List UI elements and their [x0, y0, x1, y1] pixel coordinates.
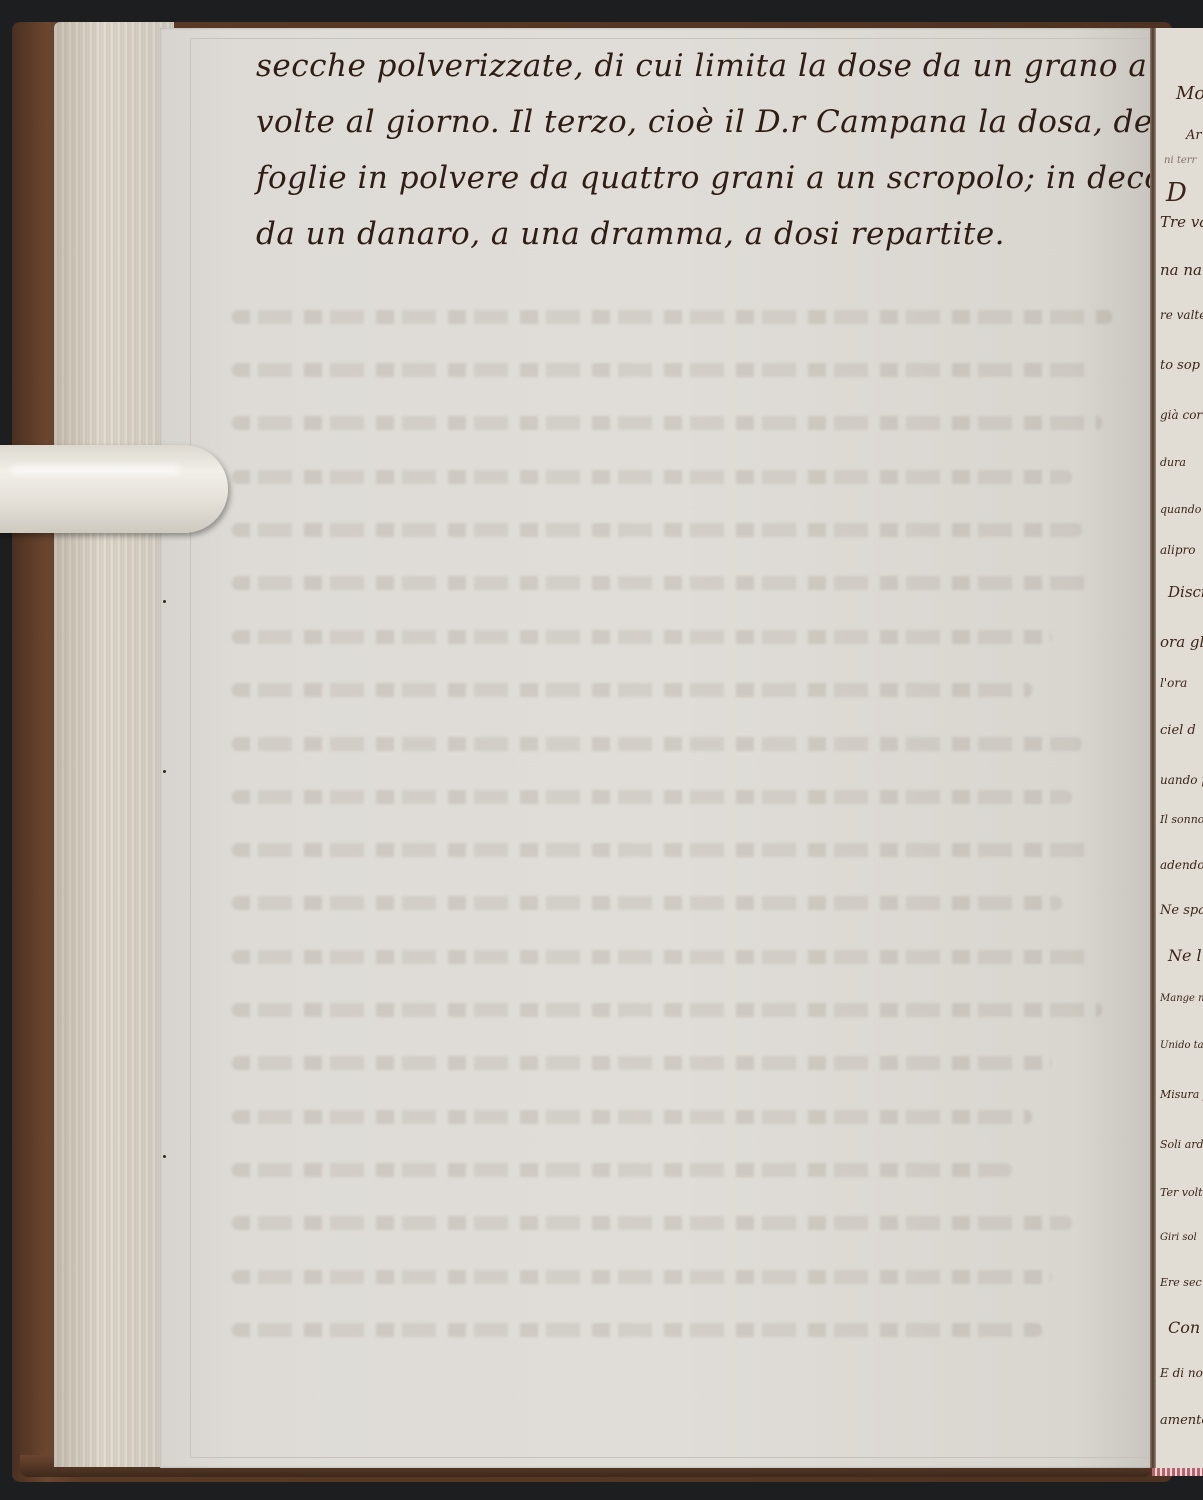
facing-line: Ne l [1168, 946, 1202, 965]
ghost-line [232, 737, 1082, 751]
facing-line: Soli ardor [1160, 1138, 1203, 1151]
facing-line: quando [1160, 503, 1201, 516]
ghost-line [232, 950, 1092, 964]
facing-line: D [1166, 178, 1187, 208]
facing-line: amente [1160, 1413, 1203, 1428]
speck [163, 600, 166, 603]
ghost-line [232, 1270, 1052, 1284]
facing-line: Mange ma [1160, 993, 1203, 1004]
facing-line: E di novo [1160, 1366, 1203, 1380]
ghost-line [232, 683, 1032, 697]
ghost-line [232, 1003, 1102, 1017]
facing-line: Giri sol [1160, 1232, 1197, 1243]
facing-line: già cor [1160, 408, 1202, 422]
facing-line: na nar [1160, 261, 1203, 279]
facing-line: ni terr [1164, 155, 1196, 166]
facing-line: Mo [1176, 83, 1203, 104]
bone-folder-page-holder [0, 445, 228, 533]
manuscript-line-3: foglie in polvere da quattro grani a un … [256, 160, 1203, 196]
facing-line: Discir [1168, 583, 1203, 601]
headband-stitching [1152, 1468, 1203, 1476]
facing-line: Il sonno [1160, 813, 1203, 826]
facing-page-fragment: Mo Ar ni terr D Tre va na nar re valte t… [1156, 28, 1203, 1468]
ghost-line [232, 1216, 1072, 1230]
facing-line: alipro [1160, 543, 1195, 557]
facing-line: to sop [1160, 358, 1200, 373]
ghost-line [232, 1163, 1012, 1177]
facing-line: Ar [1186, 128, 1202, 143]
facing-line: adendo p [1160, 858, 1203, 872]
ghost-line [232, 896, 1062, 910]
facing-line: uando pi [1160, 773, 1203, 787]
page-edges-stack [54, 22, 174, 1467]
ghost-line [232, 523, 1082, 537]
manuscript-line-2: volte al giorno. Il terzo, cioè il D.r C… [256, 104, 1192, 140]
facing-line: ciel d [1160, 723, 1196, 738]
facing-line: l'ora [1160, 676, 1187, 690]
ghost-line [232, 363, 1092, 377]
manuscript-line-4: da un danaro, a una dramma, a dosi repar… [256, 216, 1005, 252]
speck [163, 770, 166, 773]
ghost-line [232, 1110, 1032, 1124]
facing-line: Misura f [1160, 1088, 1203, 1101]
facing-line: Unido tac [1160, 1040, 1203, 1051]
ghost-line [232, 576, 1092, 590]
ghost-line [232, 630, 1052, 644]
facing-line: dura [1160, 456, 1186, 469]
ghost-line [232, 843, 1092, 857]
facing-line: re valte [1160, 308, 1203, 322]
ghost-line [232, 416, 1102, 430]
ghost-line [232, 790, 1072, 804]
facing-line: ora gli [1160, 633, 1203, 651]
facing-line: Con l [1168, 1318, 1203, 1337]
ghost-line [232, 310, 1112, 324]
ghost-line [232, 1056, 1052, 1070]
ghost-line [232, 470, 1072, 484]
manuscript-line-1: secche polverizzate, di cui limita la do… [256, 48, 1203, 84]
facing-line: Tre va [1160, 213, 1203, 231]
facing-line: Ne spar [1160, 903, 1203, 918]
speck [163, 1155, 166, 1158]
facing-line: Ere sec [1160, 1276, 1202, 1289]
facing-line: Ter volte [1160, 1186, 1203, 1199]
ghost-line [232, 1323, 1042, 1337]
